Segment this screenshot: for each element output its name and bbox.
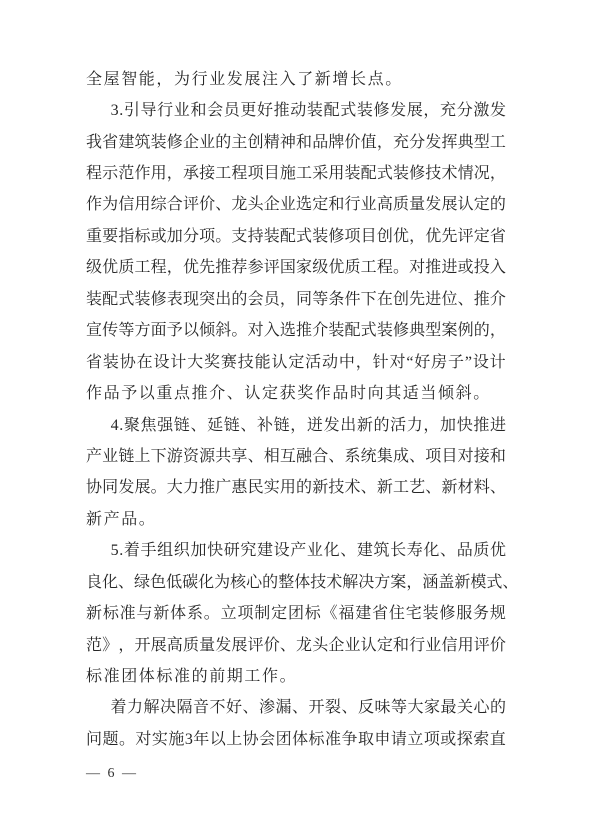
text-line: 全屋智能，为行业发展注入了新增长点。	[86, 64, 506, 95]
text-line: 新标准与新体系。立项制定团标《福建省住宅装修服务规	[86, 598, 506, 629]
text-line: 级优质工程，优先推荐参评国家级优质工程。对推进或投入	[86, 253, 506, 284]
text-line: 程示范作用，承接工程项目施工采用装配式装修技术情况，	[86, 158, 506, 189]
text-line: 着力解决隔音不好、渗漏、开裂、反味等大家最关心的	[86, 693, 506, 724]
text-line: 重要指标或加分项。支持装配式装修项目创优，优先评定省	[86, 221, 506, 252]
text-line: 我省建筑装修企业的主创精神和品牌价值，充分发挥典型工	[86, 127, 506, 158]
document-body: 全屋智能，为行业发展注入了新增长点。3.引导行业和会员更好推动装配式装修发展，充…	[86, 64, 506, 756]
text-line: 4.聚焦强链、延链、补链，迸发出新的活力，加快推进	[86, 410, 506, 441]
text-line: 问题。对实施3年以上协会团体标准争取申请立项或探索直	[86, 724, 506, 755]
text-line: 产业链上下游资源共享、相互融合、系统集成、项目对接和	[86, 441, 506, 472]
text-line: 3.引导行业和会员更好推动装配式装修发展，充分激发	[86, 95, 506, 126]
document-page: 全屋智能，为行业发展注入了新增长点。3.引导行业和会员更好推动装配式装修发展，充…	[0, 0, 591, 817]
text-line: 省装协在设计大奖赛技能认定活动中，针对“好房子”设计	[86, 347, 506, 378]
text-line: 5.着手组织加快研究建设产业化、建筑长寿化、品质优	[86, 536, 506, 567]
text-line: 范》，开展高质量发展评价、龙头企业认定和行业信用评价	[86, 630, 506, 661]
text-line: 标准团体标准的前期工作。	[86, 661, 506, 692]
text-line: 装配式装修表现突出的会员，同等条件下在创先进位、推介	[86, 284, 506, 315]
text-line: 作为信用综合评价、龙头企业选定和行业高质量发展认定的	[86, 190, 506, 221]
text-line: 协同发展。大力推广惠民实用的新技术、新工艺、新材料、	[86, 473, 506, 504]
text-line: 新产品。	[86, 504, 506, 535]
text-line: 良化、绿色低碳化为核心的整体技术解决方案，涵盖新模式、	[86, 567, 506, 598]
text-line: 宣传等方面予以倾斜。对入选推介装配式装修典型案例的，	[86, 316, 506, 347]
text-line: 作品予以重点推介、认定获奖作品时向其适当倾斜。	[86, 378, 506, 409]
page-number: — 6 —	[86, 766, 138, 782]
